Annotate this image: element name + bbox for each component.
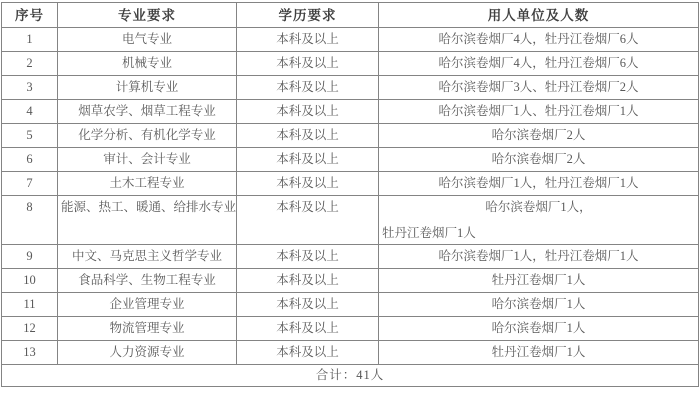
table-row: 9 中文、马克思主义哲学专业 本科及以上 哈尔滨卷烟厂1人，牡丹江卷烟厂1人 (2, 245, 699, 269)
table-row: 3 计算机专业 本科及以上 哈尔滨卷烟厂3人、牡丹江卷烟厂2人 (2, 76, 699, 100)
major-cell: 化学分析、有机化学专业 (58, 124, 237, 148)
table-row: 7 土木工程专业 本科及以上 哈尔滨卷烟厂1人，牡丹江卷烟厂1人 (2, 172, 699, 196)
employer-line: 哈尔滨卷烟厂4人，牡丹江卷烟厂6人 (382, 56, 695, 71)
major-cell: 土木工程专业 (58, 172, 237, 196)
header-row: 序号 专业要求 学历要求 用人单位及人数 (2, 3, 699, 28)
employer-line: 哈尔滨卷烟厂2人 (382, 128, 695, 143)
degree-cell: 本科及以上 (237, 172, 379, 196)
major-cell: 电气专业 (58, 28, 237, 52)
degree-cell: 本科及以上 (237, 100, 379, 124)
degree-cell: 本科及以上 (237, 196, 379, 245)
employer-line: 哈尔滨卷烟厂1人 (382, 321, 695, 336)
table-row: 8 能源、热工、暖通、给排水专业 本科及以上 哈尔滨卷烟厂1人，牡丹江卷烟厂1人 (2, 196, 699, 245)
table-header: 序号 专业要求 学历要求 用人单位及人数 (2, 3, 699, 28)
degree-cell: 本科及以上 (237, 28, 379, 52)
employer-line: 哈尔滨卷烟厂1人， (382, 200, 695, 215)
page: 序号 专业要求 学历要求 用人单位及人数 1 电气专业 本科及以上 哈尔滨卷烟厂… (0, 0, 699, 387)
employer-line: 牡丹江卷烟厂1人 (382, 345, 695, 360)
row-number-cell: 2 (2, 52, 58, 76)
major-cell: 物流管理专业 (58, 317, 237, 341)
row-number-cell: 1 (2, 28, 58, 52)
row-number-cell: 6 (2, 148, 58, 172)
row-number-cell: 11 (2, 293, 58, 317)
degree-cell: 本科及以上 (237, 269, 379, 293)
table-footer: 合计：41人 (2, 365, 699, 387)
header-cell-degree: 学历要求 (237, 3, 379, 28)
major-cell: 烟草农学、烟草工程专业 (58, 100, 237, 124)
header-cell-employers: 用人单位及人数 (379, 3, 699, 28)
header-cell-no: 序号 (2, 3, 58, 28)
major-cell: 机械专业 (58, 52, 237, 76)
employer-cell: 哈尔滨卷烟厂1人 (379, 317, 699, 341)
total-row: 合计：41人 (2, 365, 699, 387)
employer-line: 哈尔滨卷烟厂3人、牡丹江卷烟厂2人 (382, 80, 695, 95)
row-number-cell: 7 (2, 172, 58, 196)
recruitment-table: 序号 专业要求 学历要求 用人单位及人数 1 电气专业 本科及以上 哈尔滨卷烟厂… (1, 2, 699, 387)
degree-cell: 本科及以上 (237, 293, 379, 317)
employer-line: 哈尔滨卷烟厂4人，牡丹江卷烟厂6人 (382, 32, 695, 47)
table-row: 2 机械专业 本科及以上 哈尔滨卷烟厂4人，牡丹江卷烟厂6人 (2, 52, 699, 76)
degree-cell: 本科及以上 (237, 245, 379, 269)
employer-cell: 哈尔滨卷烟厂2人 (379, 148, 699, 172)
row-number-cell: 12 (2, 317, 58, 341)
employer-cell: 哈尔滨卷烟厂2人 (379, 124, 699, 148)
major-cell: 企业管理专业 (58, 293, 237, 317)
employer-line: 牡丹江卷烟厂1人 (382, 273, 695, 288)
table-row: 12 物流管理专业 本科及以上 哈尔滨卷烟厂1人 (2, 317, 699, 341)
major-cell: 食品科学、生物工程专业 (58, 269, 237, 293)
employer-cell: 哈尔滨卷烟厂4人，牡丹江卷烟厂6人 (379, 28, 699, 52)
employer-line: 哈尔滨卷烟厂1人，牡丹江卷烟厂1人 (382, 249, 695, 264)
table-row: 1 电气专业 本科及以上 哈尔滨卷烟厂4人，牡丹江卷烟厂6人 (2, 28, 699, 52)
employer-cell: 哈尔滨卷烟厂1人，牡丹江卷烟厂1人 (379, 245, 699, 269)
row-number-cell: 10 (2, 269, 58, 293)
degree-cell: 本科及以上 (237, 124, 379, 148)
major-cell: 能源、热工、暖通、给排水专业 (58, 196, 237, 245)
degree-cell: 本科及以上 (237, 148, 379, 172)
header-cell-major: 专业要求 (58, 3, 237, 28)
table-row: 10 食品科学、生物工程专业 本科及以上 牡丹江卷烟厂1人 (2, 269, 699, 293)
table-row: 4 烟草农学、烟草工程专业 本科及以上 哈尔滨卷烟厂1人、牡丹江卷烟厂1人 (2, 100, 699, 124)
row-number-cell: 9 (2, 245, 58, 269)
employer-cell: 牡丹江卷烟厂1人 (379, 341, 699, 365)
row-number-cell: 4 (2, 100, 58, 124)
employer-cell: 哈尔滨卷烟厂4人，牡丹江卷烟厂6人 (379, 52, 699, 76)
degree-cell: 本科及以上 (237, 341, 379, 365)
table-row: 13 人力资源专业 本科及以上 牡丹江卷烟厂1人 (2, 341, 699, 365)
employer-cell: 哈尔滨卷烟厂1人，牡丹江卷烟厂1人 (379, 196, 699, 245)
row-number-cell: 3 (2, 76, 58, 100)
employer-line: 牡丹江卷烟厂1人 (382, 226, 695, 241)
degree-cell: 本科及以上 (237, 317, 379, 341)
row-number-cell: 8 (2, 196, 58, 245)
major-cell: 中文、马克思主义哲学专业 (58, 245, 237, 269)
row-number-cell: 13 (2, 341, 58, 365)
row-number-cell: 5 (2, 124, 58, 148)
table-row: 6 审计、会计专业 本科及以上 哈尔滨卷烟厂2人 (2, 148, 699, 172)
employer-cell: 哈尔滨卷烟厂1人、牡丹江卷烟厂1人 (379, 100, 699, 124)
major-cell: 审计、会计专业 (58, 148, 237, 172)
major-cell: 人力资源专业 (58, 341, 237, 365)
degree-cell: 本科及以上 (237, 52, 379, 76)
employer-line: 哈尔滨卷烟厂1人 (382, 297, 695, 312)
major-cell: 计算机专业 (58, 76, 237, 100)
employer-cell: 牡丹江卷烟厂1人 (379, 269, 699, 293)
total-cell: 合计：41人 (2, 365, 699, 387)
employer-cell: 哈尔滨卷烟厂3人、牡丹江卷烟厂2人 (379, 76, 699, 100)
employer-cell: 哈尔滨卷烟厂1人 (379, 293, 699, 317)
table-row: 5 化学分析、有机化学专业 本科及以上 哈尔滨卷烟厂2人 (2, 124, 699, 148)
degree-cell: 本科及以上 (237, 76, 379, 100)
employer-line: 哈尔滨卷烟厂1人、牡丹江卷烟厂1人 (382, 104, 695, 119)
employer-line: 哈尔滨卷烟厂2人 (382, 152, 695, 167)
table-row: 11 企业管理专业 本科及以上 哈尔滨卷烟厂1人 (2, 293, 699, 317)
table-body: 1 电气专业 本科及以上 哈尔滨卷烟厂4人，牡丹江卷烟厂6人 2 机械专业 本科… (2, 28, 699, 365)
employer-cell: 哈尔滨卷烟厂1人，牡丹江卷烟厂1人 (379, 172, 699, 196)
employer-line: 哈尔滨卷烟厂1人，牡丹江卷烟厂1人 (382, 176, 695, 191)
